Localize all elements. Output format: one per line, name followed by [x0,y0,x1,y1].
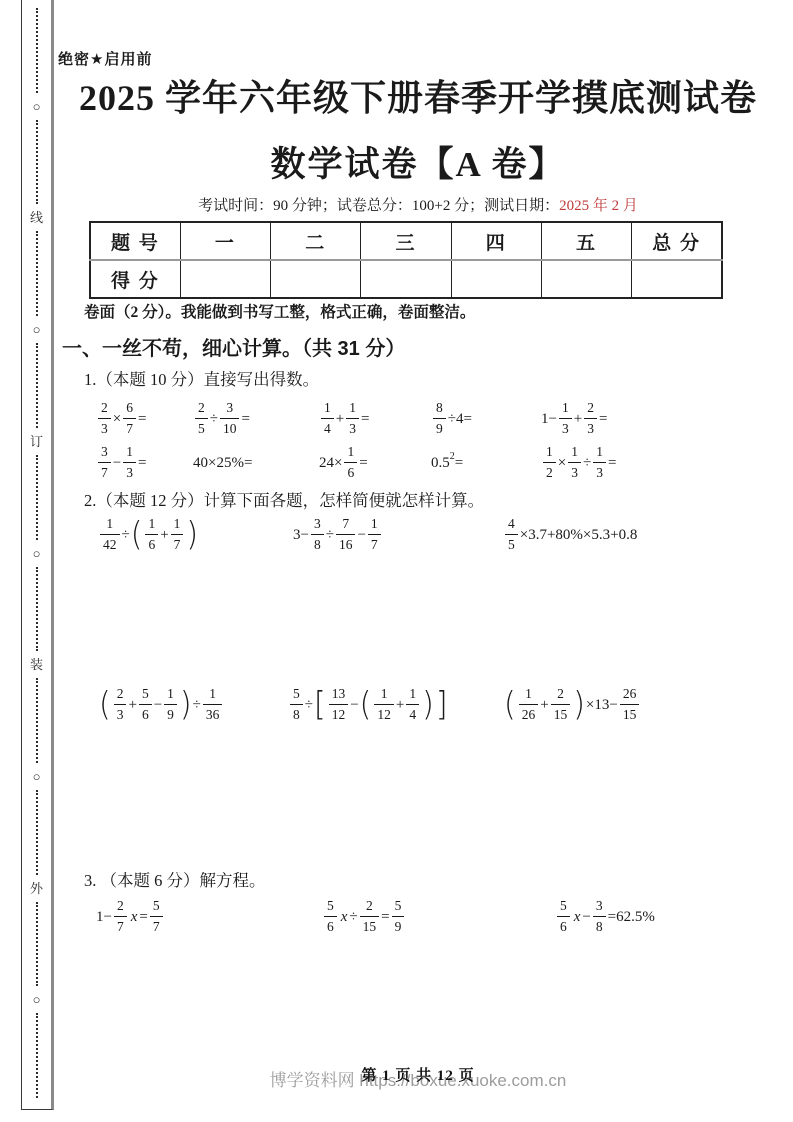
score-header-cell: 一 [180,222,270,260]
score-table: 题 号 一 二 三 四 五 总 分 得 分 [89,221,723,299]
math-expression: 25÷310= [193,400,250,437]
math-expression: 14+13= [319,400,369,437]
binding-circle-mark: ○ [33,323,41,336]
math-expression: 40×25%= [193,454,252,472]
score-table-score-row: 得 分 [90,260,722,298]
math-expression: 37−13= [96,444,146,481]
binding-dashed-segment [36,567,38,652]
neatness-notice: 卷面（2 分）。我能做到书写工整，格式正确，卷面整洁。 [84,300,475,322]
math-expression: 56x−38=62.5% [555,898,655,935]
score-header-cell: 二 [271,222,361,260]
math-expression: 45×3.7+80%×5.3+0.8 [503,516,637,553]
binding-char-label: 线 [30,211,43,224]
score-header-cell: 题 号 [90,222,180,260]
q3-equation-row: 1−27x=57 56x÷215=59 56x−38=62.5% [96,898,655,935]
exam-title-line1: 2025 学年六年级下册春季开学摸底测试卷 [57,70,779,121]
binding-dashed-segment [36,8,38,93]
binding-circle-mark: ○ [33,100,41,113]
exam-title-line2: 数学试卷【A 卷】 [57,137,779,187]
math-expression: 56x÷215=59 [322,898,406,935]
page-number: 第 1 页 共 12 页 [57,1064,779,1085]
exam-info-text: 考试时间：90 分钟；试卷总分：100+2 分；测试日期： [198,198,559,214]
question-2-label: 2.（本题 12 分）计算下面各题，怎样简便就怎样计算。 [84,487,484,511]
score-header-cell: 五 [541,222,631,260]
page-footer: 博学资料网 https://boxue.xuoke.com.cn 第 1 页 共… [57,1062,779,1096]
binding-dashed-segment [36,231,38,316]
binding-circle-mark: ○ [33,993,41,1006]
score-empty-cell [451,260,541,298]
q2-calc-row-2: (23+56−19)÷136 58÷[1312−(112+14)] (126+2… [98,686,641,723]
binding-circle-mark: ○ [33,770,41,783]
binding-char-label: 订 [30,435,43,448]
score-empty-cell [361,260,451,298]
exam-page: 绝密★启用前 2025 学年六年级下册春季开学摸底测试卷 数学试卷【A 卷】 考… [57,0,779,1122]
math-expression: (126+215)×13−2615 [503,686,641,723]
binding-dashed-segment [36,1013,38,1098]
binding-dashed-segment [36,455,38,540]
math-expression: (23+56−19)÷136 [98,686,224,723]
score-table-header-row: 题 号 一 二 三 四 五 总 分 [90,222,722,260]
score-row-label: 得 分 [90,260,180,298]
binding-dashed-segment [36,120,38,205]
question-3-label: 3. （本题 6 分）解方程。 [84,867,266,891]
section-one-heading: 一、一丝不苟，细心计算。（共 31 分） [62,332,405,361]
q1-calc-row-1: 23×67= 25÷310= 14+13= 89÷4= 1−13+23= [96,400,607,437]
math-expression: 89÷4= [431,400,472,437]
score-empty-cell [271,260,361,298]
math-expression: 23×67= [96,400,146,437]
math-expression: 0.52 = [431,454,463,472]
binding-strip: ○线○订○装○外○ [21,0,54,1110]
math-expression: 1−13+23= [541,400,607,437]
score-header-cell: 总 分 [632,222,722,260]
score-header-cell: 四 [451,222,541,260]
binding-dashed-segment [36,902,38,987]
binding-char-label: 装 [30,658,43,671]
exam-date: 2025 年 2 月 [559,198,638,214]
score-empty-cell [541,260,631,298]
score-empty-cell [632,260,722,298]
binding-dashed-segment [36,790,38,875]
classification-label: 绝密★启用前 [58,48,152,69]
binding-dashed-segment [36,343,38,428]
math-expression: 142÷(16+17) [98,516,199,553]
question-1-label: 1.（本题 10 分）直接写出得数。 [84,366,319,390]
math-expression: 3−38÷716−17 [293,516,383,553]
math-expression: 1−27x=57 [96,898,165,935]
binding-dashed-segment [36,678,38,763]
binding-circle-mark: ○ [33,547,41,560]
binding-char-label: 外 [30,882,43,895]
q1-calc-row-2: 37−13= 40×25%= 24×16= 0.52 = 12×13÷13= [96,444,616,481]
math-expression: 12×13÷13= [541,444,616,481]
math-expression: 58÷[1312−(112+14)] [288,686,449,723]
q2-calc-row-1: 142÷(16+17) 3−38÷716−17 45×3.7+80%×5.3+0… [98,516,637,553]
score-empty-cell [180,260,270,298]
score-header-cell: 三 [361,222,451,260]
exam-info-line: 考试时间：90 分钟；试卷总分：100+2 分；测试日期：2025 年 2 月 [57,194,779,215]
math-expression: 24×16= [319,444,368,481]
